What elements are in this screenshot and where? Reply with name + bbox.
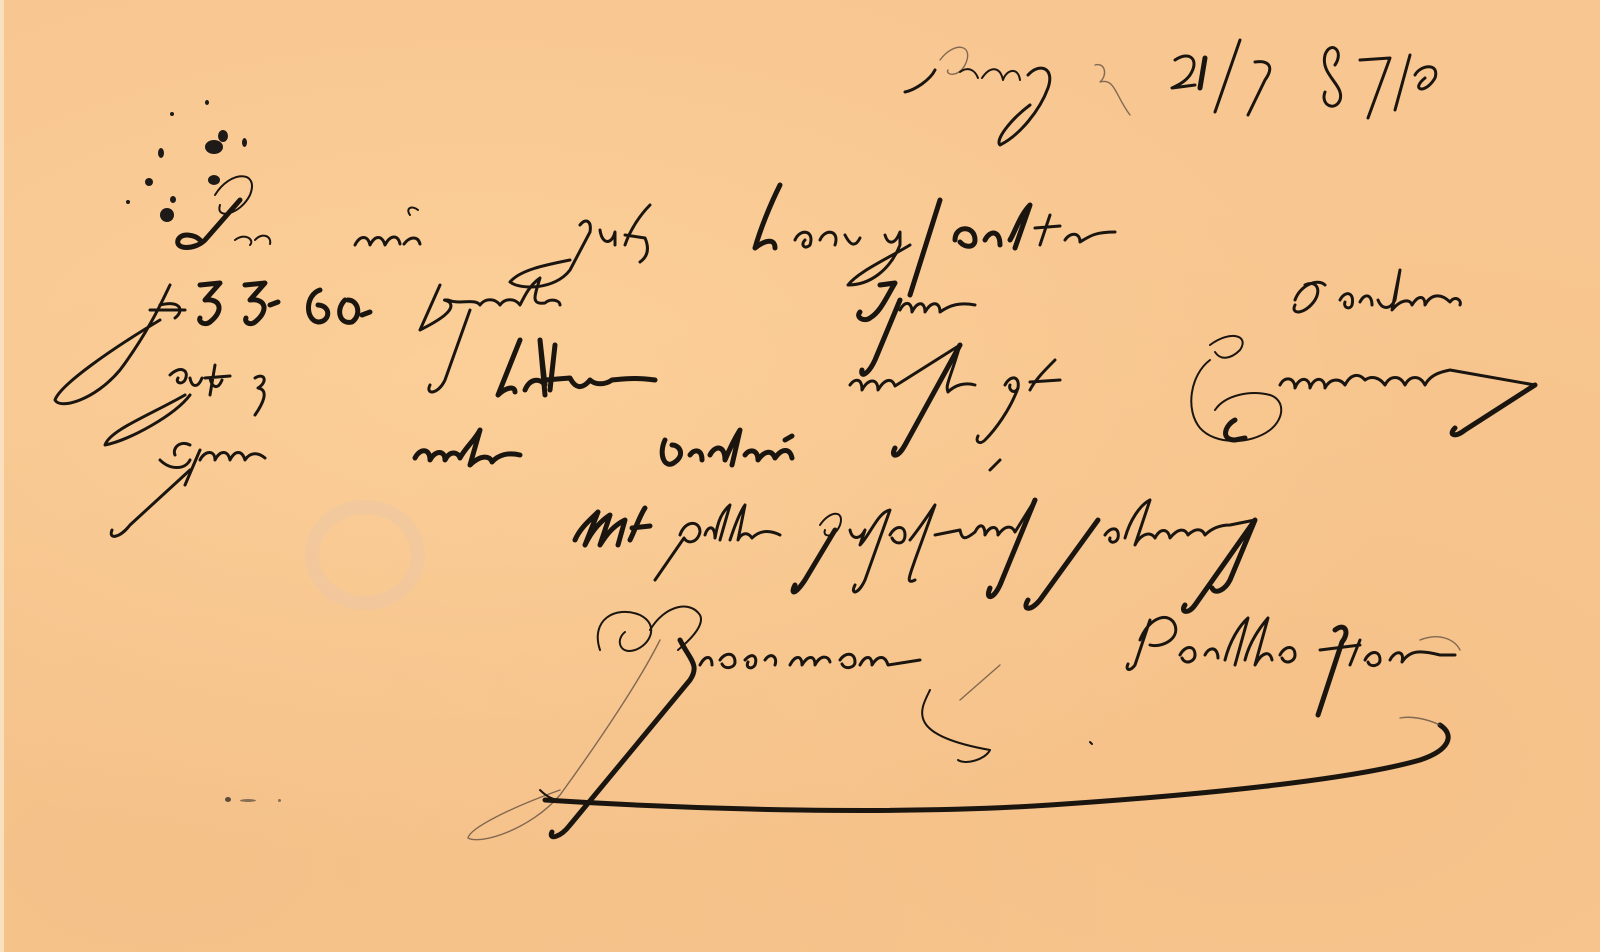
handwriting-strokes [0,0,1600,952]
closing-ink [575,500,1255,611]
body-line-3-ink [105,336,1535,455]
postcard: Prag d. 21/7 876 Den uns pr. baar gesand… [0,0,1600,952]
body-line-1-ink [178,176,1115,295]
body-line-2-ink [55,270,1460,404]
date-line-ink [905,40,1436,145]
signature-flourish [540,717,1448,810]
body-line-4-ink [111,430,1000,536]
